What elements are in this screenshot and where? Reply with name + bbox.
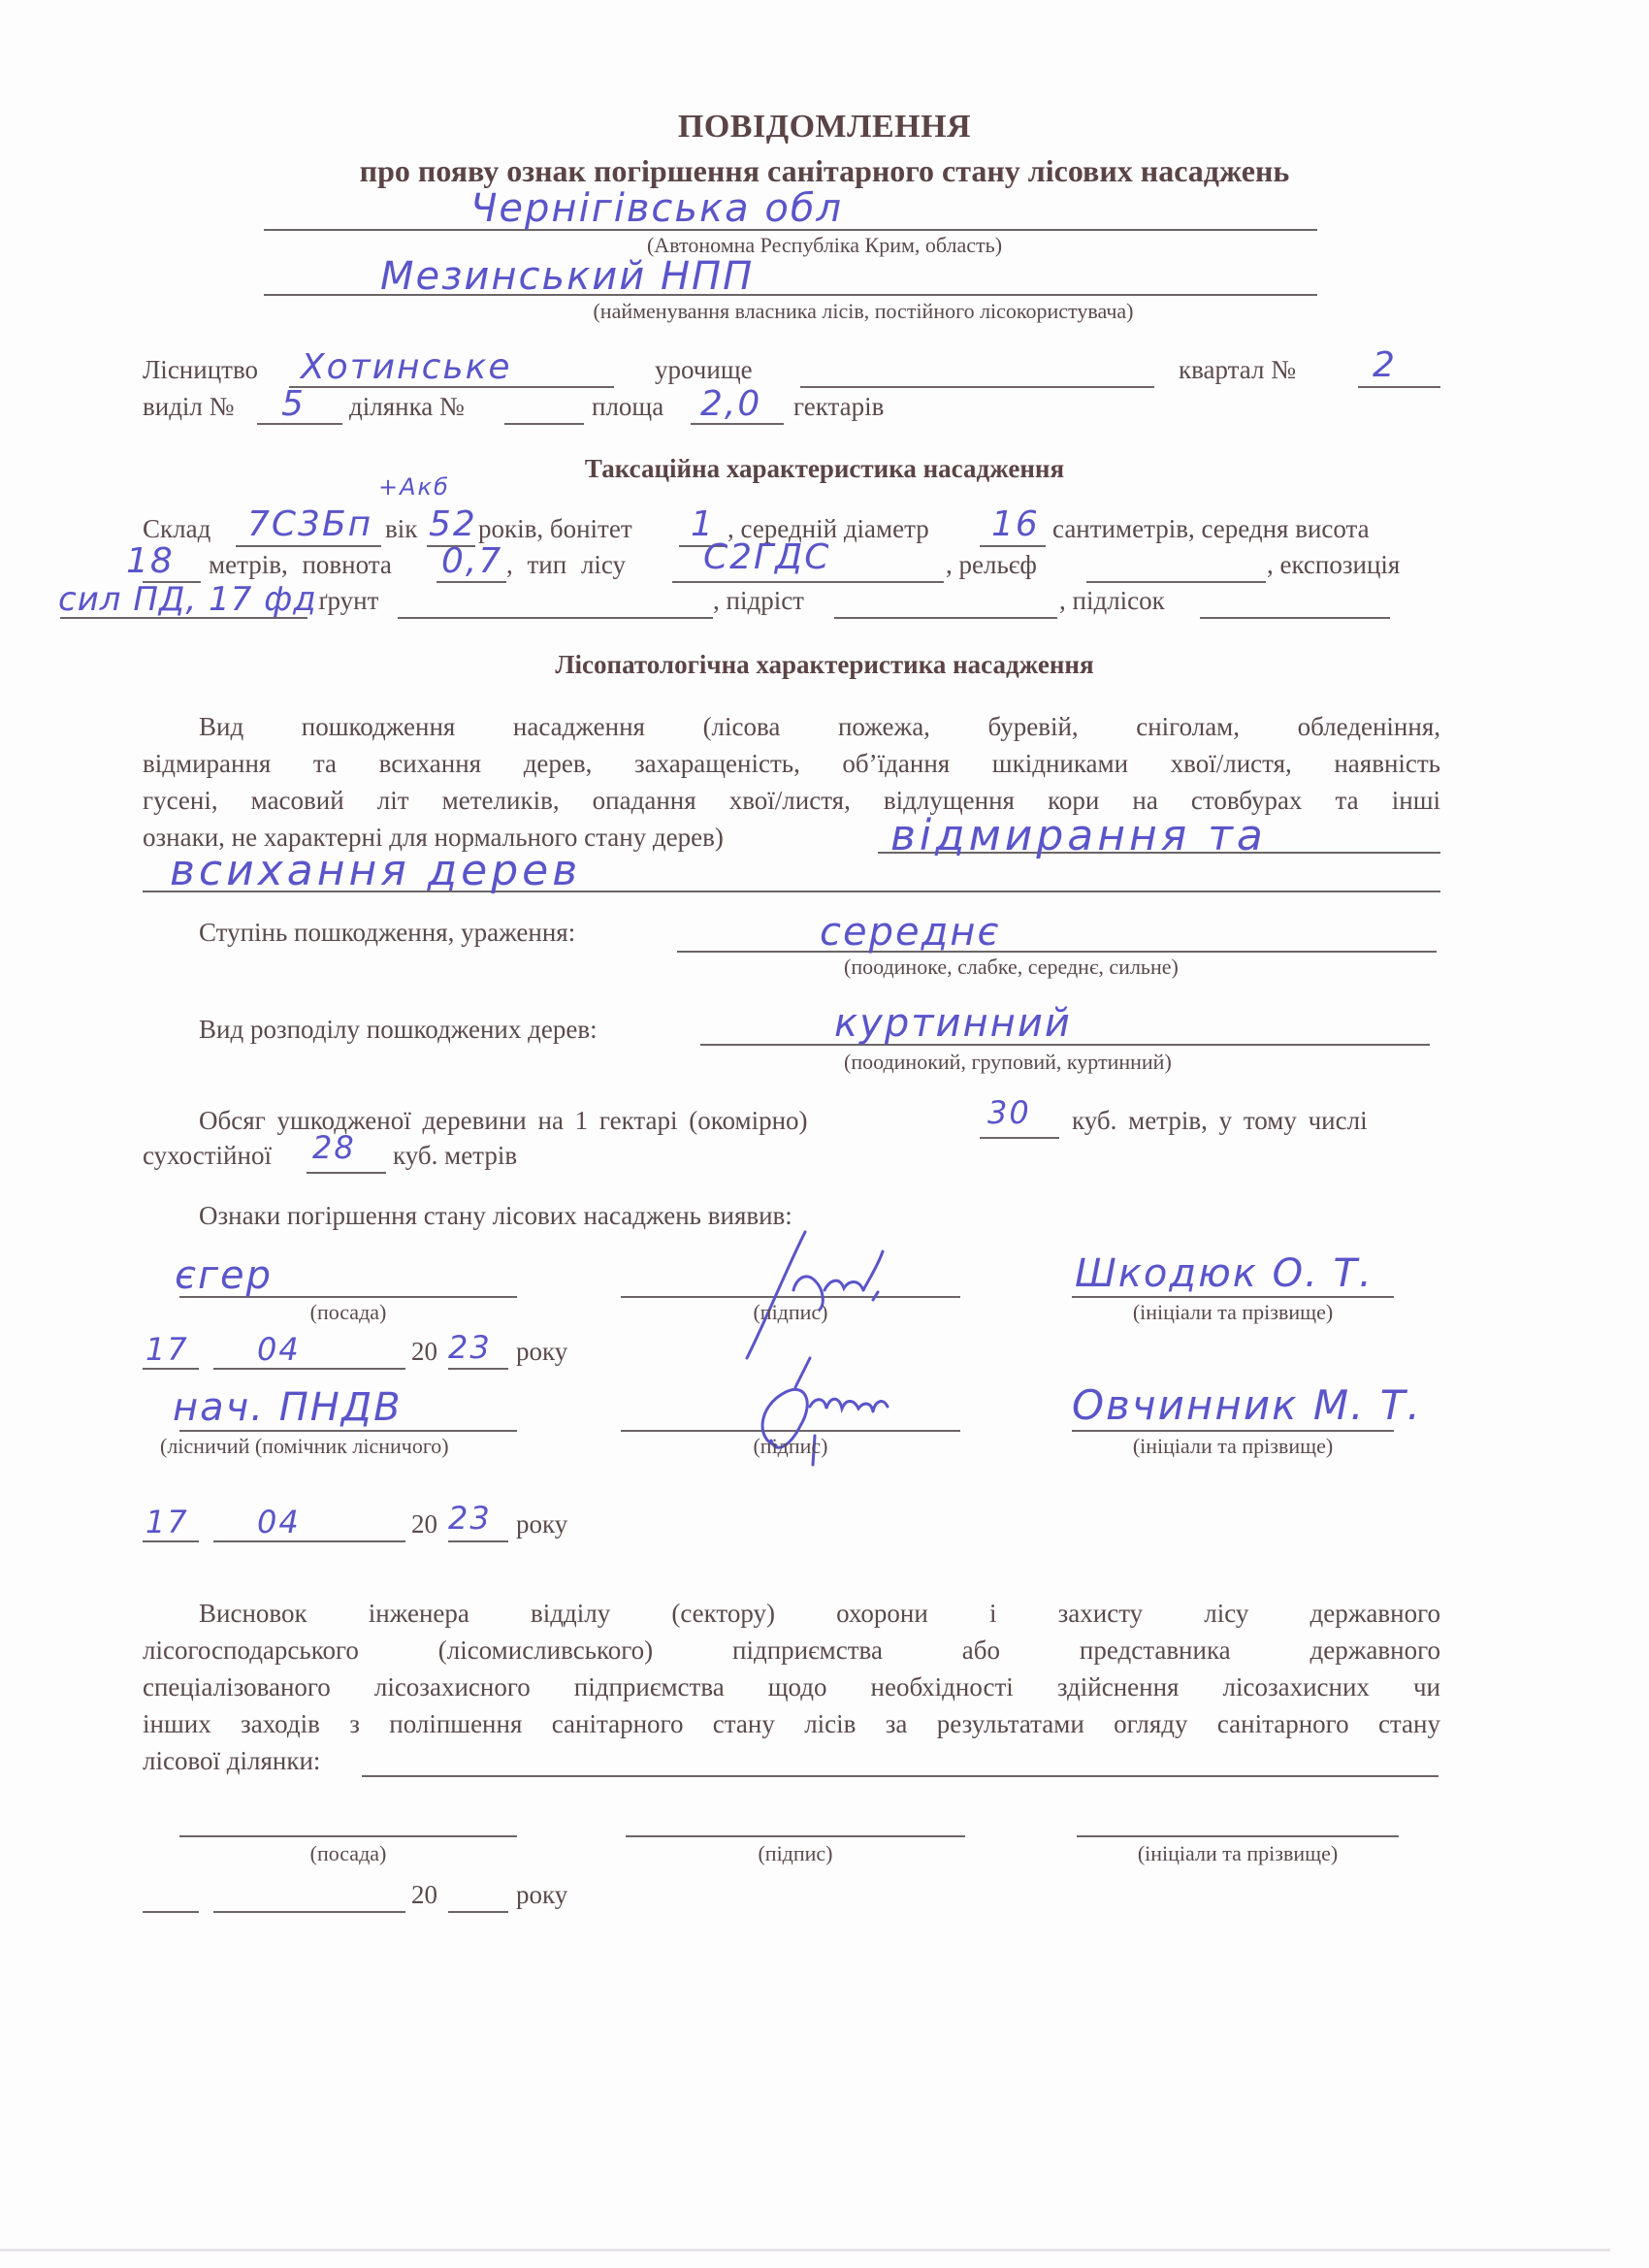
soil-prefix-value[interactable]: сил ПД, 17 фд: [58, 580, 317, 619]
tract-label: урочище: [655, 355, 753, 385]
undergrowth-line: [834, 617, 1057, 619]
diameter-line: [980, 545, 1046, 547]
forest-type-label: , тип лісу: [506, 550, 626, 580]
distribution-value[interactable]: куртинний: [834, 1001, 1072, 1046]
signature-2-caption: (підпис): [621, 1434, 960, 1459]
volume-unit: куб. метрів, у тому числі: [1072, 1106, 1368, 1136]
date-1-day-line: [143, 1368, 199, 1370]
name-2-value[interactable]: Овчинник М. Т.: [1072, 1381, 1422, 1429]
dead-line: [307, 1172, 386, 1174]
composition-value[interactable]: 7С3Бп: [247, 504, 372, 544]
conclusion-signature-caption: (підпис): [626, 1841, 965, 1866]
quarter-value[interactable]: 2: [1373, 345, 1397, 385]
document-title: ПОВІДОМЛЕННЯ: [0, 109, 1649, 146]
position-2-value[interactable]: нач. ПНДВ: [173, 1385, 403, 1430]
position-1-value[interactable]: єгер: [175, 1253, 273, 1298]
notice-form-page: ПОВІДОМЛЕННЯ про появу ознак погіршення …: [0, 0, 1649, 2268]
name-1-line: [1072, 1296, 1394, 1298]
height-unit: метрів, повнота: [209, 550, 392, 580]
conclusion-signature-line[interactable]: [626, 1835, 965, 1837]
name-1-value[interactable]: Шкодюк О. Т.: [1075, 1251, 1374, 1296]
date-1-year-line: [448, 1368, 508, 1370]
area-label: площа: [592, 392, 663, 422]
conclusion-year-prefix: 20: [411, 1880, 437, 1910]
area-unit: гектарів: [793, 392, 884, 422]
relief-label: , рельєф: [946, 550, 1037, 580]
name-2-caption: (ініціали та прізвище): [1072, 1434, 1394, 1459]
diameter-value[interactable]: 16: [991, 504, 1040, 544]
date-2-day[interactable]: 17: [145, 1504, 189, 1540]
conclusion-line-3: спеціалізованого лісозахисного підприємс…: [143, 1669, 1440, 1705]
dead-label: сухостійної: [143, 1141, 272, 1171]
quarter-line: [1358, 386, 1440, 388]
signature-2-mark[interactable]: [718, 1348, 931, 1489]
date-2-year-prefix: 20: [411, 1509, 437, 1539]
tract-line: [800, 386, 1154, 388]
date-2-year[interactable]: 23: [448, 1500, 492, 1537]
owner-value[interactable]: Мезинський НПП: [380, 254, 754, 299]
conclusion-month-line[interactable]: [213, 1911, 405, 1913]
underbrush-label: , підлісок: [1059, 586, 1165, 616]
conclusion-last-label: лісової ділянки:: [143, 1742, 320, 1779]
height-value[interactable]: 18: [126, 541, 175, 581]
distribution-label: Вид розподілу пошкоджених дерев:: [199, 1015, 598, 1045]
date-1-year-suffix: року: [516, 1337, 567, 1367]
degree-label: Ступінь пошкодження, ураження:: [199, 918, 575, 948]
conclusion-line-1: Висновок інженера відділу (сектору) охор…: [199, 1595, 1440, 1632]
degree-line: [677, 951, 1437, 953]
date-2-day-line: [143, 1540, 199, 1542]
damage-type-line-1: Вид пошкодження насадження (лісова пожеж…: [199, 708, 1440, 745]
dead-unit: куб. метрів: [393, 1141, 517, 1171]
pathology-heading: Лісопатологічна характеристика насадженн…: [0, 650, 1649, 680]
volume-line: [980, 1137, 1059, 1139]
date-1-month[interactable]: 04: [257, 1331, 301, 1368]
composition-note[interactable]: +Акб: [378, 473, 450, 501]
degree-caption: (поодиноке, слабке, середнє, сильне): [844, 955, 1179, 980]
soil-line: [398, 617, 713, 619]
scan-bottom-edge: [0, 2249, 1610, 2252]
undergrowth-label: , підріст: [713, 586, 804, 616]
date-1-month-line: [213, 1368, 405, 1370]
date-1-year[interactable]: 23: [448, 1329, 492, 1366]
region-caption: (Автономна Республіка Крим, область): [0, 233, 1649, 258]
name-2-line: [1072, 1430, 1394, 1432]
diameter-unit: сантиметрів, середня висота: [1052, 514, 1370, 544]
degree-value[interactable]: середнє: [820, 910, 1000, 955]
forest-type-line: [672, 581, 944, 583]
taxation-heading: Таксаційна характеристика насадження: [0, 454, 1649, 484]
plot-label: ділянка №: [349, 392, 465, 422]
signature-1-caption: (підпис): [621, 1300, 960, 1325]
quarter-label: квартал №: [1179, 355, 1296, 385]
conclusion-year-suffix: року: [516, 1880, 567, 1910]
position-2-caption: (лісничий (помічник лісничого): [160, 1434, 449, 1459]
composition-line: [236, 545, 381, 547]
date-1-day[interactable]: 17: [145, 1331, 189, 1368]
conclusion-day-line[interactable]: [143, 1911, 199, 1913]
soil-label: ґрунт: [318, 586, 378, 616]
name-1-caption: (ініціали та прізвище): [1072, 1300, 1394, 1325]
density-value[interactable]: 0,7: [441, 541, 502, 581]
conclusion-name-line[interactable]: [1077, 1835, 1399, 1837]
date-2-month-line: [213, 1540, 405, 1542]
dead-value[interactable]: 28: [312, 1129, 356, 1166]
position-1-caption: (посада): [179, 1300, 517, 1325]
section-label: виділ №: [143, 392, 234, 422]
forestry-label: Лісництво: [143, 355, 258, 385]
conclusion-name-caption: (ініціали та прізвище): [1077, 1841, 1399, 1866]
plot-line: [504, 423, 584, 425]
conclusion-position-caption: (посада): [179, 1841, 517, 1866]
owner-caption: (найменування власника лісів, постійного…: [0, 299, 1649, 324]
section-value[interactable]: 5: [281, 384, 306, 424]
conclusion-line: [362, 1775, 1439, 1777]
damage-type-value-1[interactable]: відмирання та: [890, 811, 1267, 860]
date-1-year-prefix: 20: [411, 1337, 437, 1367]
document-subtitle: про появу ознак погіршення санітарного с…: [0, 153, 1649, 189]
age-value[interactable]: 52: [429, 504, 477, 544]
age-unit: років, бонітет: [478, 514, 632, 544]
date-2-month[interactable]: 04: [257, 1504, 301, 1540]
volume-value[interactable]: 30: [987, 1094, 1031, 1131]
exposure-label: , експозиція: [1267, 550, 1400, 580]
area-value[interactable]: 2,0: [700, 384, 761, 424]
underbrush-line: [1200, 617, 1390, 619]
age-label: вік: [385, 514, 417, 544]
composition-label: Склад: [143, 514, 210, 544]
damage-type-value-2[interactable]: всихання дерев: [170, 846, 581, 895]
conclusion-line-2: лісогосподарського (лісомисливського) пі…: [143, 1632, 1440, 1669]
forest-type-value[interactable]: С2ГДС: [703, 537, 830, 577]
relief-line: [1086, 581, 1266, 583]
conclusion-line-4: інших заходів з поліпшення санітарного с…: [143, 1705, 1440, 1742]
position-2-line: [179, 1430, 517, 1432]
forestry-value[interactable]: Хотинське: [301, 347, 512, 387]
volume-label: Обсяг ушкодженої деревини на 1 гектарі (…: [199, 1106, 808, 1136]
conclusion-position-line[interactable]: [179, 1835, 517, 1837]
damage-type-line-2: відмирання та всихання дерев, захаращені…: [143, 745, 1440, 782]
conclusion-year-line[interactable]: [448, 1911, 508, 1913]
date-2-year-line: [448, 1540, 508, 1542]
region-value[interactable]: Чернігівська обл: [470, 186, 843, 231]
distribution-caption: (поодинокий, груповий, куртинний): [844, 1050, 1172, 1075]
date-2-year-suffix: року: [516, 1509, 567, 1539]
density-line: [436, 581, 506, 583]
